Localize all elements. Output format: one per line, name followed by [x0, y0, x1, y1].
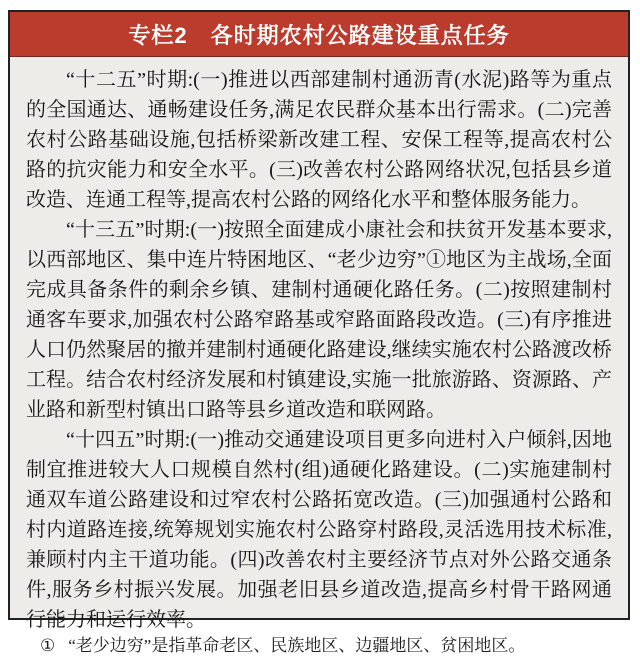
footnote-marker: ① [40, 636, 55, 655]
panel-title: 专栏2 各时期农村公路建设重点任务 [128, 19, 509, 50]
paragraph-14th-five-year-period: “十四五”时期:(一)推动交通建设项目更多向进村入户倾斜,因地制宜推进较大人口规… [26, 425, 612, 635]
footnote-text: “老少边穷”是指革命老区、民族地区、边疆地区、贫困地区。 [68, 636, 525, 655]
column-panel-header: 专栏2 各时期农村公路建设重点任务 [10, 12, 628, 57]
page: 专栏2 各时期农村公路建设重点任务 “十二五”时期:(一)推进以西部建制村通沥青… [0, 0, 640, 664]
panel-body: “十二五”时期:(一)推进以西部建制村通沥青(水泥)路等为重点的全国通达、通畅建… [10, 57, 628, 635]
footnote: ①“老少边穷”是指革命老区、民族地区、边疆地区、贫困地区。 [40, 635, 525, 657]
paragraph-12th-five-year-period: “十二五”时期:(一)推进以西部建制村通沥青(水泥)路等为重点的全国通达、通畅建… [26, 65, 612, 215]
column-panel: 专栏2 各时期农村公路建设重点任务 “十二五”时期:(一)推进以西部建制村通沥青… [8, 10, 630, 620]
paragraph-13th-five-year-period: “十三五”时期:(一)按照全面建成小康社会和扶贫开发基本要求,以西部地区、集中连… [26, 215, 612, 425]
